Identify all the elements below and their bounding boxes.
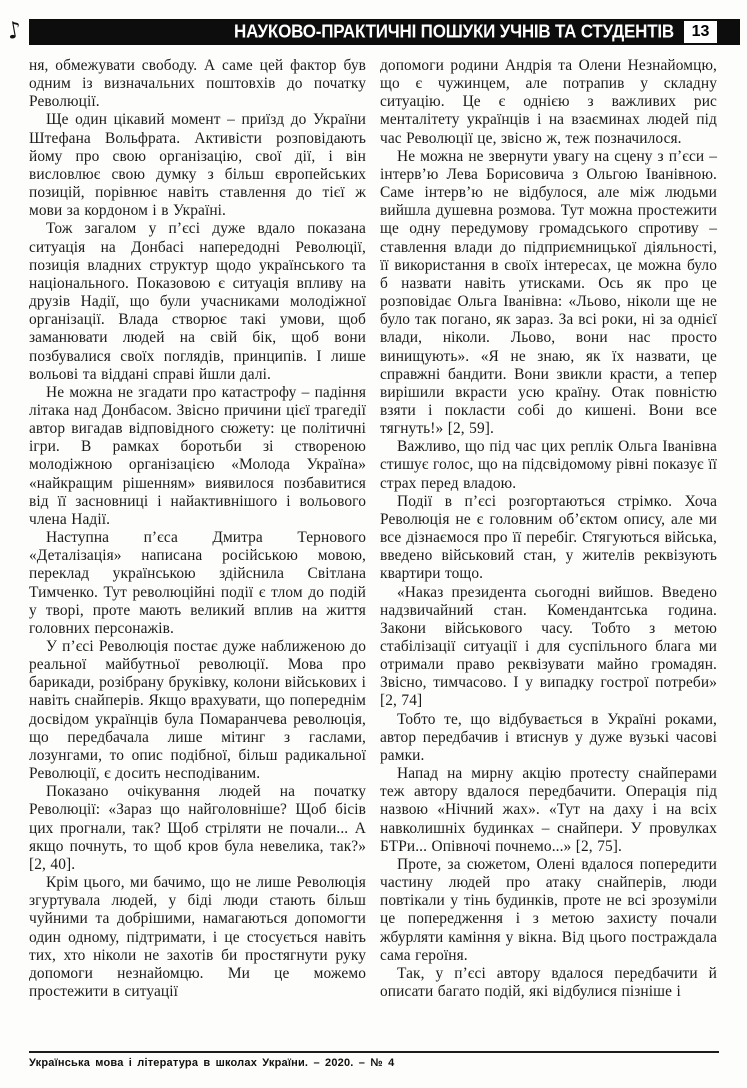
paragraph: У п’єсі Революція постає дуже наближеною… [29, 638, 366, 783]
paragraph: Показано очікування людей на початку Рев… [29, 783, 366, 874]
footer-rule: Українська мова і література в школах Ук… [29, 1051, 719, 1069]
header-bar: НАУКОВО-ПРАКТИЧНІ ПОШУКИ УЧНІВ ТА СТУДЕН… [29, 19, 740, 45]
paragraph: Так, у п’єсі автору вдалося передбачити … [380, 965, 717, 1001]
paragraph: Проте, за сюжетом, Олені вдалося поперед… [380, 856, 717, 965]
music-note-icon: ♪ [5, 17, 24, 45]
journal-citation: Українська мова і література в школах Ук… [29, 1053, 719, 1069]
paragraph: Важливо, що під час цих реплік Ольга Іва… [380, 438, 717, 492]
paragraph: Наступна п’єса Дмитра Тернового «Деталіз… [29, 529, 366, 638]
column-left: ня, обмежувати свободу. А саме цей факто… [29, 57, 366, 1045]
running-head-title: НАУКОВО-ПРАКТИЧНІ ПОШУКИ УЧНІВ ТА СТУДЕН… [234, 21, 684, 43]
paragraph: Не можна не звернути увагу на сцену з п’… [380, 148, 717, 439]
paragraph: Ще один цікавий момент – приїзд до Украї… [29, 111, 366, 220]
paragraph: Тобто те, що відбувається в Україні рока… [380, 711, 717, 765]
paragraph: Тож загалом у п’єсі дуже вдало показана … [29, 220, 366, 383]
article-body: ня, обмежувати свободу. А саме цей факто… [29, 57, 718, 1045]
page-number: 13 [684, 21, 717, 43]
journal-page: { "header": { "title": "НАУКОВО-ПРАКТИЧН… [0, 0, 747, 1088]
column-right: допомоги родини Андрія та Олени Незнайом… [380, 57, 717, 1045]
paragraph: «Наказ президента сьогодні вийшов. Введе… [380, 584, 717, 711]
paragraph: допомоги родини Андрія та Олени Незнайом… [380, 57, 717, 148]
paragraph: Не можна не згадати про катастрофу – пад… [29, 384, 366, 529]
paragraph: ня, обмежувати свободу. А саме цей факто… [29, 57, 366, 111]
paragraph: Події в п’єсі розгортаються стрімко. Хоч… [380, 493, 717, 584]
header-bar-tail [717, 19, 740, 45]
paragraph: Крім цього, ми бачимо, що не лише Револю… [29, 874, 366, 1001]
masthead: ♪ НАУКОВО-ПРАКТИЧНІ ПОШУКИ УЧНІВ ТА СТУД… [0, 19, 747, 45]
paragraph: Напад на мирну акцію протесту снайперами… [380, 765, 717, 856]
